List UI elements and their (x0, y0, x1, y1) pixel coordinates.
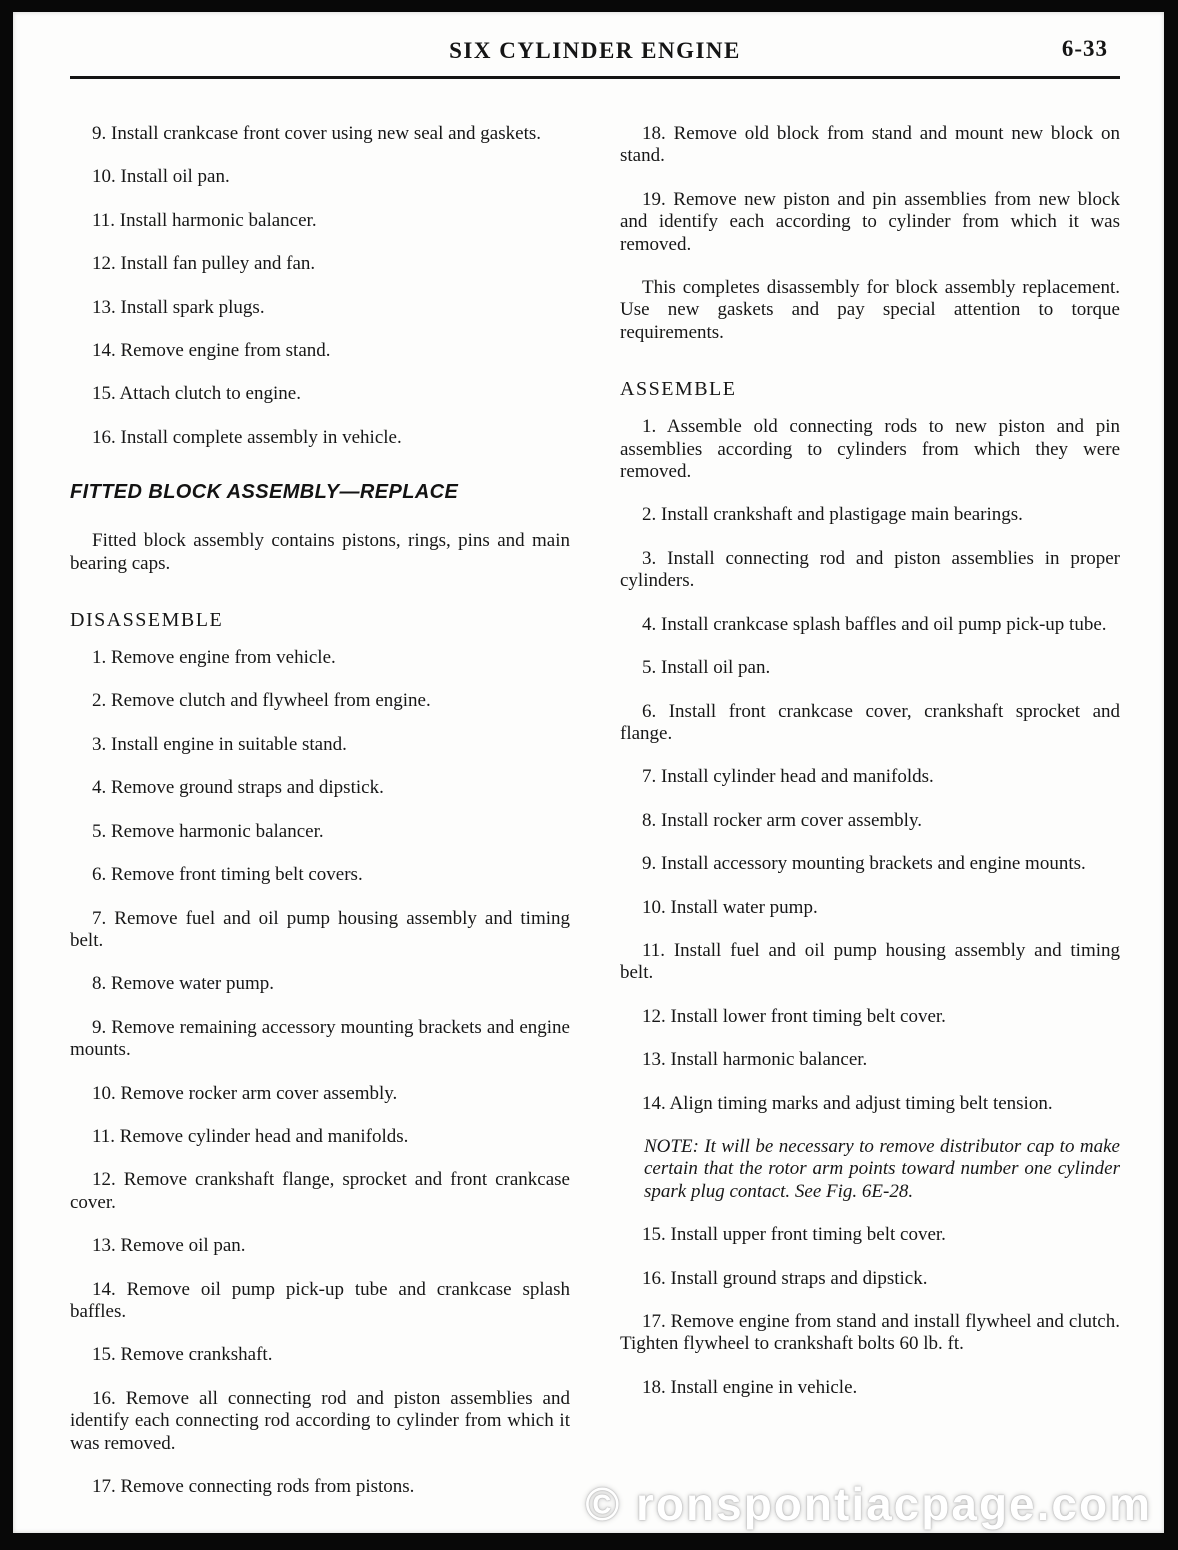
list-item: 7. Remove fuel and oil pump housing asse… (70, 908, 570, 953)
list-item: 11. Install harmonic balancer. (70, 210, 570, 232)
list-item: 1. Remove engine from vehicle. (70, 647, 570, 669)
list-item: 3. Install engine in suitable stand. (70, 734, 570, 756)
list-item: 6. Install front crankcase cover, cranks… (620, 701, 1120, 746)
list-item: 8. Remove water pump. (70, 973, 570, 995)
list-item: 5. Remove harmonic balancer. (70, 821, 570, 843)
list-item: 18. Remove old block from stand and moun… (620, 123, 1120, 168)
list-item: 3. Install connecting rod and piston ass… (620, 548, 1120, 593)
list-item: 2. Install crankshaft and plastigage mai… (620, 504, 1120, 526)
list-item: 17. Remove connecting rods from pistons. (70, 1476, 570, 1498)
list-item: 11. Remove cylinder head and manifolds. (70, 1126, 570, 1148)
list-item: 14. Remove oil pump pick-up tube and cra… (70, 1279, 570, 1324)
list-item: 12. Install lower front timing belt cove… (620, 1006, 1120, 1028)
list-item: 15. Install upper front timing belt cove… (620, 1224, 1120, 1246)
list-item: 13. Install harmonic balancer. (620, 1049, 1120, 1071)
list-item: 16. Install ground straps and dipstick. (620, 1268, 1120, 1290)
page-number: 6-33 (1062, 36, 1108, 62)
list-item: 2. Remove clutch and flywheel from engin… (70, 690, 570, 712)
list-item: 13. Remove oil pan. (70, 1235, 570, 1257)
list-item: 15. Remove crankshaft. (70, 1344, 570, 1366)
list-item: 16. Remove all connecting rod and piston… (70, 1388, 570, 1455)
list-item: 18. Install engine in vehicle. (620, 1377, 1120, 1399)
closing-paragraph: This completes disassembly for block ass… (620, 277, 1120, 344)
list-item: 14. Remove engine from stand. (70, 340, 570, 362)
list-item: 10. Install oil pan. (70, 166, 570, 188)
intro-paragraph: Fitted block assembly contains pistons, … (70, 530, 570, 575)
note-paragraph: NOTE: It will be necessary to remove dis… (644, 1136, 1120, 1203)
list-item: 1. Assemble old connecting rods to new p… (620, 416, 1120, 483)
list-item: 4. Remove ground straps and dipstick. (70, 777, 570, 799)
section-heading-fitted-block-assembly: FITTED BLOCK ASSEMBLY—REPLACE (70, 481, 570, 504)
list-item: 12. Remove crankshaft flange, sprocket a… (70, 1169, 570, 1214)
list-item: 6. Remove front timing belt covers. (70, 864, 570, 886)
list-item: 10. Remove rocker arm cover assembly. (70, 1083, 570, 1105)
list-item: 4. Install crankcase splash baffles and … (620, 614, 1120, 636)
page-title: SIX CYLINDER ENGINE (70, 38, 1120, 64)
left-column: 9. Install crankcase front cover using n… (70, 123, 570, 1519)
list-item: 19. Remove new piston and pin assemblies… (620, 189, 1120, 256)
manual-page: SIX CYLINDER ENGINE 6-33 9. Install cran… (13, 12, 1164, 1533)
disassemble-heading: DISASSEMBLE (70, 609, 570, 632)
list-item: 9. Remove remaining accessory mounting b… (70, 1017, 570, 1062)
list-item: 5. Install oil pan. (620, 657, 1120, 679)
list-item: 11. Install fuel and oil pump housing as… (620, 940, 1120, 985)
right-column: 18. Remove old block from stand and moun… (620, 123, 1120, 1519)
list-item: 8. Install rocker arm cover assembly. (620, 810, 1120, 832)
list-item: 7. Install cylinder head and manifolds. (620, 766, 1120, 788)
list-item: 14. Align timing marks and adjust timing… (620, 1093, 1120, 1115)
list-item: 9. Install accessory mounting brackets a… (620, 853, 1120, 875)
list-item: 12. Install fan pulley and fan. (70, 253, 570, 275)
page-header: SIX CYLINDER ENGINE 6-33 (70, 12, 1120, 79)
site-watermark: © ronspontiacpage.com (585, 1477, 1152, 1531)
list-item: 13. Install spark plugs. (70, 297, 570, 319)
list-item: 17. Remove engine from stand and install… (620, 1311, 1120, 1356)
scan-frame: SIX CYLINDER ENGINE 6-33 9. Install cran… (0, 0, 1178, 1550)
assemble-heading: ASSEMBLE (620, 378, 1120, 401)
list-item: 16. Install complete assembly in vehicle… (70, 427, 570, 449)
list-item: 15. Attach clutch to engine. (70, 383, 570, 405)
list-item: 9. Install crankcase front cover using n… (70, 123, 570, 145)
list-item: 10. Install water pump. (620, 897, 1120, 919)
page-content: 9. Install crankcase front cover using n… (70, 123, 1120, 1519)
